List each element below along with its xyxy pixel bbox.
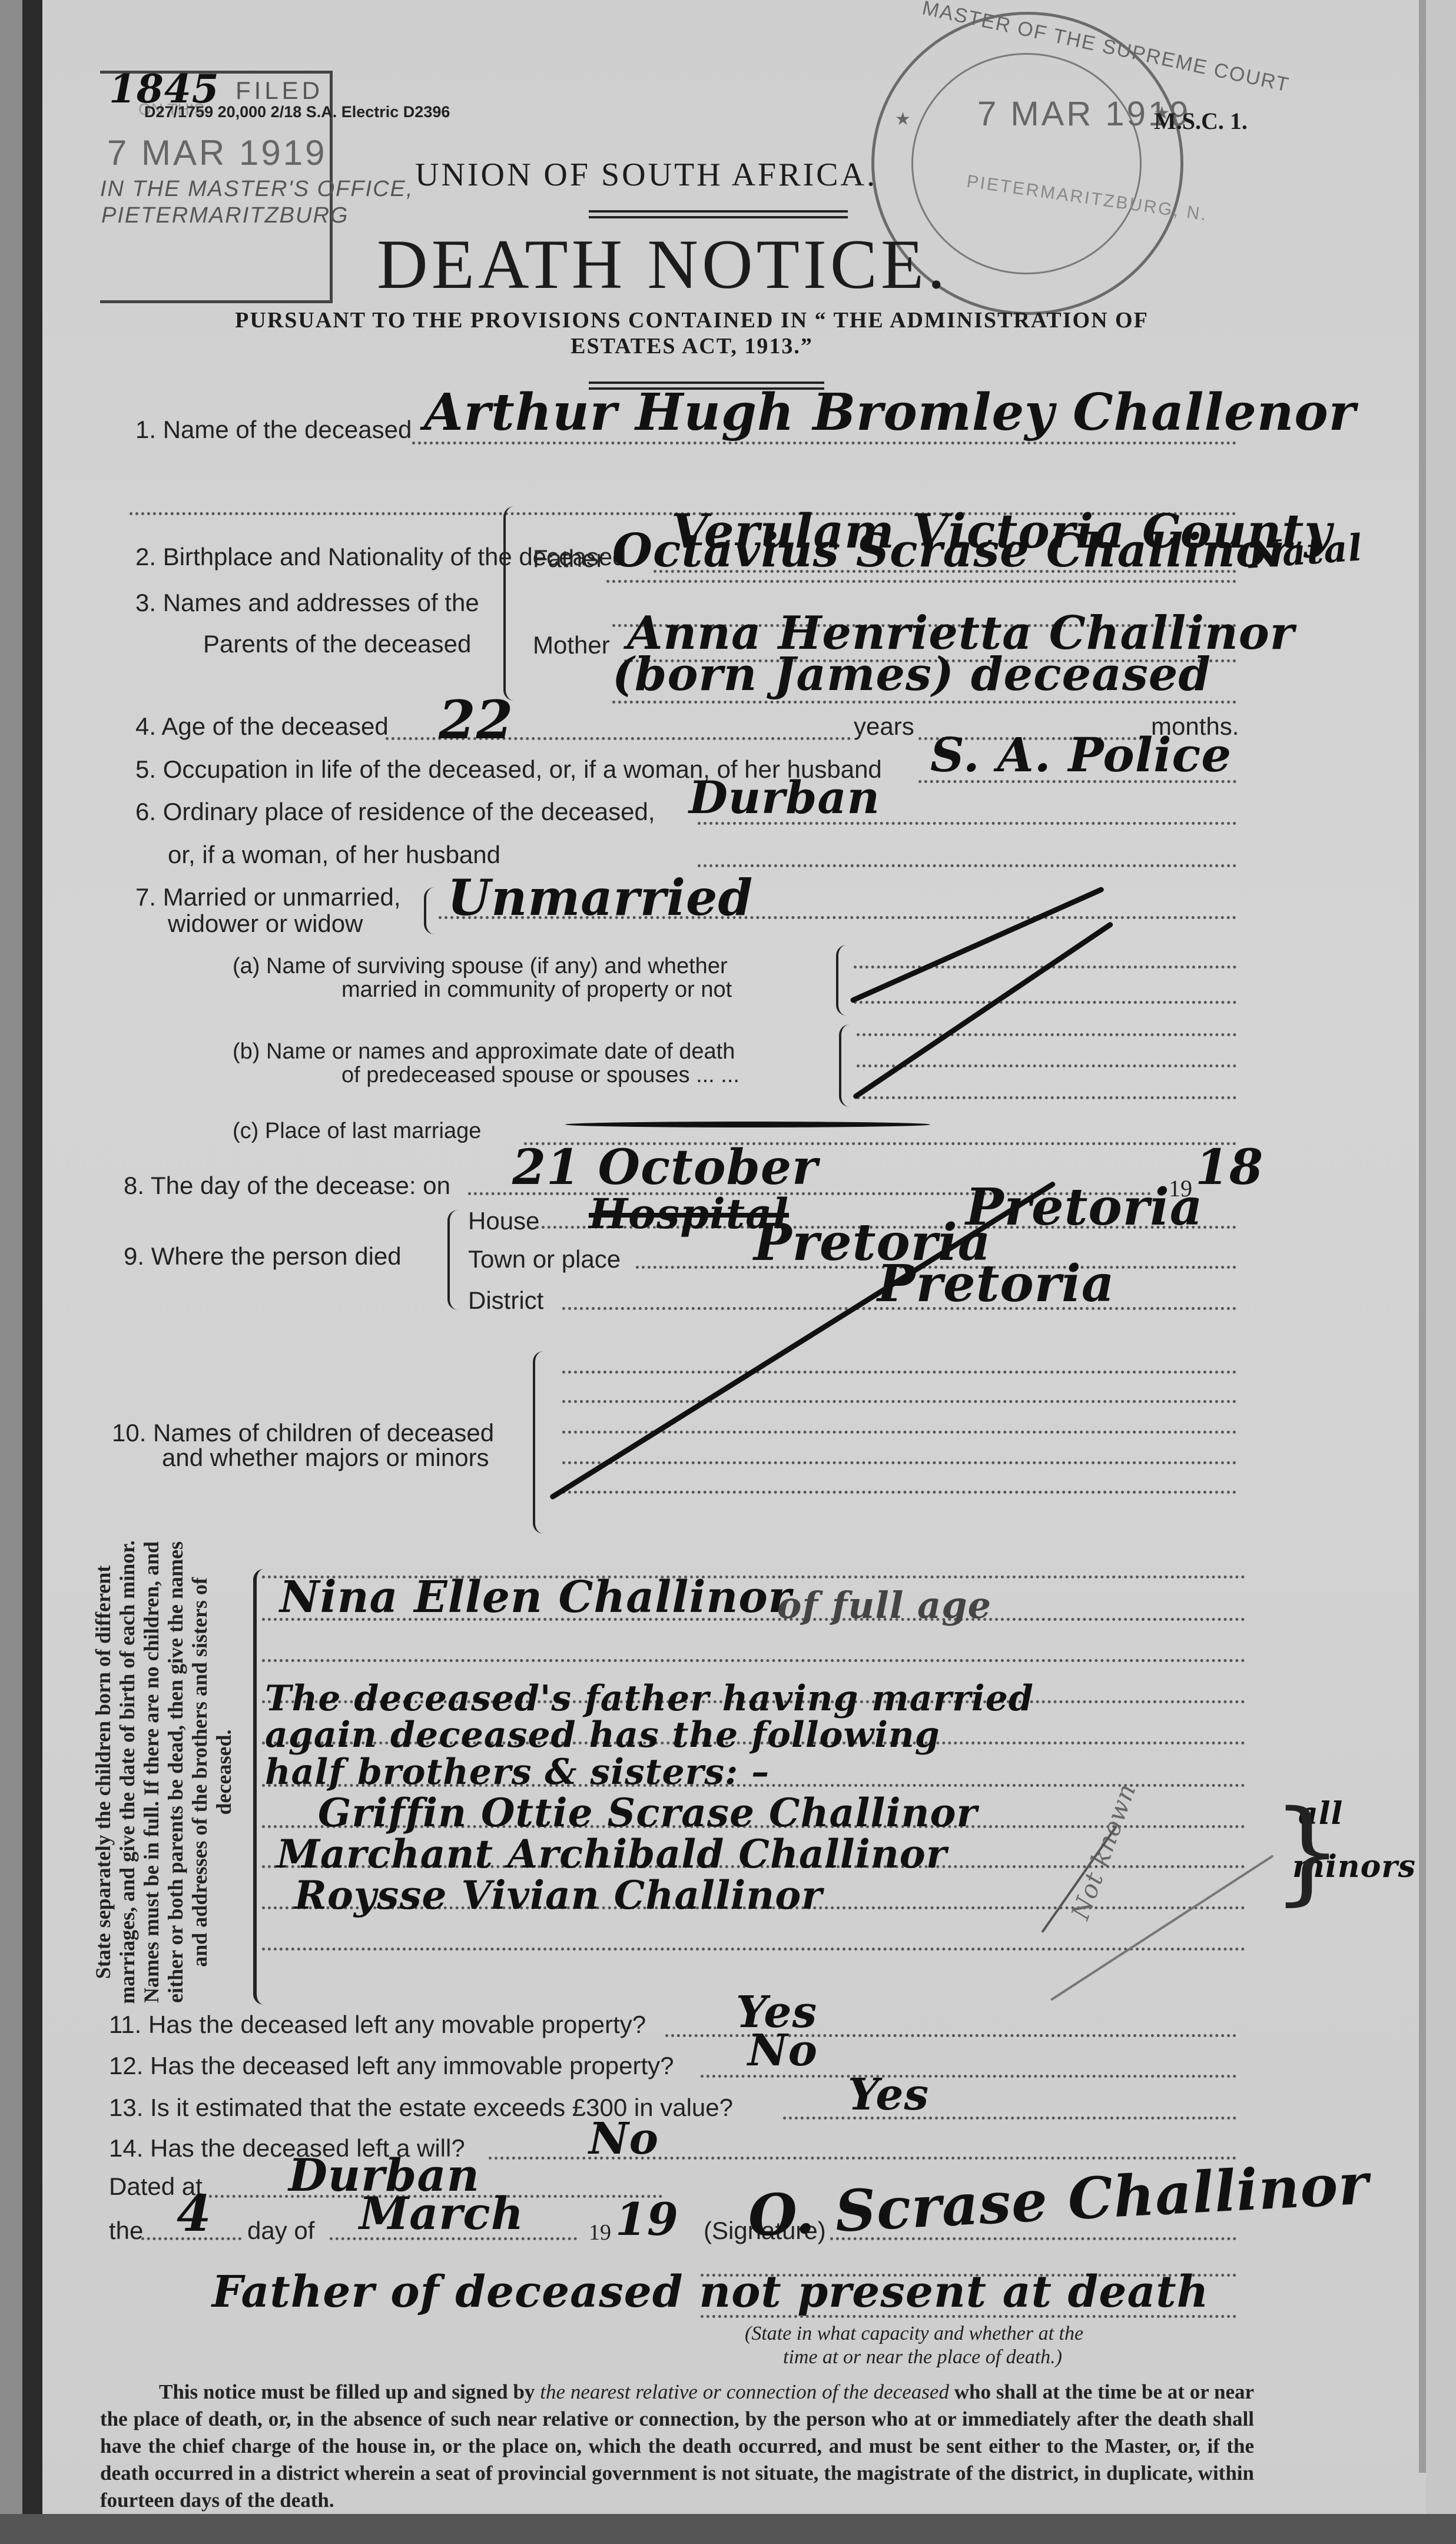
years-label: years bbox=[854, 712, 914, 741]
q10b-line10 bbox=[262, 1948, 1245, 1951]
q7-label-line1: 7. Married or unmarried, bbox=[135, 883, 401, 911]
q7a-label-line1: (a) Name of surviving spouse (if any) an… bbox=[233, 954, 728, 979]
country-heading: UNION OF SOUTH AFRICA. bbox=[415, 156, 877, 194]
q1-value: Arthur Hugh Bromley Challenor bbox=[424, 383, 1356, 442]
capacity-note-line2: time at or near the place of death.) bbox=[783, 2346, 1062, 2369]
note-line1: The deceased's father having married bbox=[265, 1678, 1034, 1719]
q4-label: 4. Age of the deceased bbox=[135, 712, 389, 741]
page-title: DEATH NOTICE. bbox=[377, 224, 948, 305]
q9-brace bbox=[447, 1210, 460, 1310]
year-value: 19 bbox=[615, 2193, 679, 2246]
q1-label: 1. Name of the deceased bbox=[135, 416, 412, 444]
day-of-label: day of bbox=[247, 2217, 314, 2245]
filed-label: FILED bbox=[236, 77, 323, 105]
filed-office-line2: PIETERMARITZBURG bbox=[101, 203, 349, 228]
note-line3: half brothers & sisters: – bbox=[265, 1752, 770, 1793]
day-value: 4 bbox=[177, 2184, 211, 2243]
q10-label-line2: and whether majors or minors bbox=[162, 1444, 489, 1472]
note-line2: again deceased has the following bbox=[265, 1714, 940, 1756]
q7b-brace bbox=[839, 1024, 852, 1107]
q5-value: S. A. Police bbox=[930, 727, 1232, 782]
q7-label-line2: widower or widow bbox=[168, 910, 363, 938]
q7c-dash-mark bbox=[565, 1122, 930, 1127]
capacity-note-line1: (State in what capacity and whether at t… bbox=[745, 2323, 1083, 2345]
scan-margin-left bbox=[0, 0, 22, 2544]
sibling-2: Marchant Archibald Challinor bbox=[277, 1831, 947, 1877]
q11-label: 11. Has the deceased left any movable pr… bbox=[109, 2011, 646, 2039]
district-value: Pretoria bbox=[877, 1254, 1115, 1314]
q7-value: Unmarried bbox=[447, 868, 753, 927]
subtitle-line2: ESTATES ACT, 1913.” bbox=[150, 333, 1233, 359]
q10-line1 bbox=[562, 1371, 1236, 1374]
footnote-part1: This notice must be filled up and signed… bbox=[159, 2380, 540, 2403]
month-value: March bbox=[359, 2187, 524, 2240]
q7b-label-line2: of predeceased spouse or spouses ... ... bbox=[341, 1063, 739, 1088]
star-icon: ★ bbox=[895, 109, 911, 130]
father-line bbox=[606, 580, 1236, 583]
q10-line2 bbox=[562, 1400, 1236, 1403]
q6-label: 6. Ordinary place of residence of the de… bbox=[135, 798, 655, 826]
heading-rule-top bbox=[589, 210, 848, 218]
binding-edge bbox=[22, 0, 42, 2544]
siblings-instructions: State separately the children born of di… bbox=[91, 1540, 236, 2005]
print-code: D27/1759 20,000 2/18 S.A. Electric D2396 bbox=[144, 103, 450, 121]
q7b-line1 bbox=[857, 1033, 1236, 1036]
q7a-brace bbox=[836, 945, 849, 1016]
q8-label: 8. The day of the decease: on bbox=[124, 1172, 450, 1200]
q7b-line3 bbox=[857, 1096, 1236, 1099]
q3-brace bbox=[503, 506, 518, 701]
q13-value: Yes bbox=[848, 2069, 929, 2120]
q7b-label-line1: (b) Name or names and approximate date o… bbox=[233, 1039, 735, 1064]
q9-label: 9. Where the person died bbox=[124, 1242, 402, 1271]
capacity-line2 bbox=[701, 2315, 1236, 2318]
filed-date: 7 MAR 1919 bbox=[107, 132, 327, 173]
capacity-value: Father of deceased not present at death bbox=[212, 2267, 1209, 2317]
father-value: Octavius Scrase Challinor bbox=[612, 524, 1292, 578]
q7-brace bbox=[424, 887, 435, 934]
year-prefix: 19 bbox=[589, 2220, 611, 2246]
scan-margin-right bbox=[1426, 0, 1456, 2544]
house-label: House bbox=[468, 1207, 539, 1235]
instructions-footnote: This notice must be filled up and signed… bbox=[100, 2379, 1254, 2514]
q8-value: 21 October bbox=[512, 1139, 818, 1196]
q4-value: 22 bbox=[439, 689, 513, 751]
mother-value-line2: (born James) deceased bbox=[612, 648, 1211, 701]
father-label: Father bbox=[533, 545, 604, 573]
q6-husband-line bbox=[698, 864, 1236, 867]
subtitle-line1: PURSUANT TO THE PROVISIONS CONTAINED IN … bbox=[150, 307, 1233, 333]
q3-label-line1: 3. Names and addresses of the bbox=[135, 589, 479, 617]
siblings-bracket: } bbox=[1272, 1796, 1343, 1908]
district-label: District bbox=[468, 1286, 543, 1315]
q10-label-line1: 10. Names of children of deceased bbox=[112, 1419, 494, 1447]
q10b-line3 bbox=[262, 1659, 1245, 1662]
q12-value: No bbox=[748, 2025, 818, 2076]
mother-label: Mother bbox=[533, 631, 610, 659]
q7a-label-line2: married in community of property or not bbox=[341, 977, 732, 1003]
q8-year-value: 18 bbox=[1195, 1139, 1263, 1196]
footnote-emphasis: the nearest relative or connection of th… bbox=[540, 2380, 949, 2403]
form-code: M.S.C. 1. bbox=[1154, 107, 1248, 135]
q7b-line2 bbox=[857, 1064, 1236, 1067]
town-label: Town or place bbox=[468, 1245, 621, 1273]
q10-line5 bbox=[562, 1491, 1236, 1494]
filed-office-line1: IN THE MASTER'S OFFICE, bbox=[100, 177, 414, 202]
q10-line4 bbox=[562, 1461, 1236, 1464]
q6-value: Durban bbox=[689, 771, 880, 824]
q10-brace bbox=[533, 1351, 547, 1534]
page-edge-right bbox=[1419, 0, 1426, 2473]
the-label: the bbox=[109, 2217, 143, 2245]
q3-label-line2: Parents of the deceased bbox=[203, 630, 471, 658]
q7c-label: (c) Place of last marriage bbox=[233, 1119, 481, 1144]
child-age-note: of full age bbox=[777, 1584, 991, 1627]
q14-value: No bbox=[589, 2114, 659, 2164]
q6-label-line2: or, if a woman, of her husband bbox=[168, 841, 500, 869]
child-name: Nina Ellen Challinor bbox=[280, 1572, 792, 1623]
q12-label: 12. Has the deceased left any immovable … bbox=[109, 2052, 674, 2080]
page-edge-bottom bbox=[0, 2514, 1456, 2544]
q7a-line2 bbox=[854, 1001, 1236, 1004]
q10-line3 bbox=[562, 1431, 1236, 1434]
sibling-1: Griffin Ottie Scrase Challinor bbox=[318, 1790, 977, 1836]
sibling-3: Roysse Vivian Challinor bbox=[294, 1872, 822, 1918]
house-value: Pretoria bbox=[966, 1178, 1203, 1237]
